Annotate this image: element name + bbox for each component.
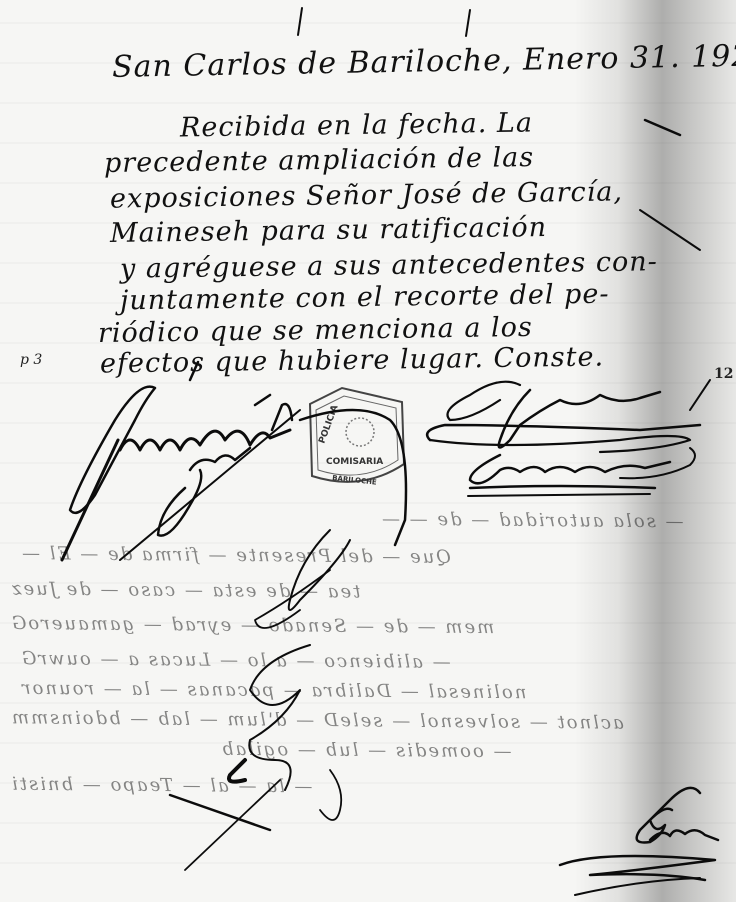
signatures-layer — [0, 0, 736, 902]
bottom-right-signature-icon — [560, 788, 718, 895]
left-signature-icon — [62, 362, 300, 560]
scanned-document-page: — sola autoridad — de — — Que — del Pres… — [0, 0, 736, 902]
center-flourish-icon — [170, 410, 406, 870]
right-signature-icon — [427, 380, 710, 496]
